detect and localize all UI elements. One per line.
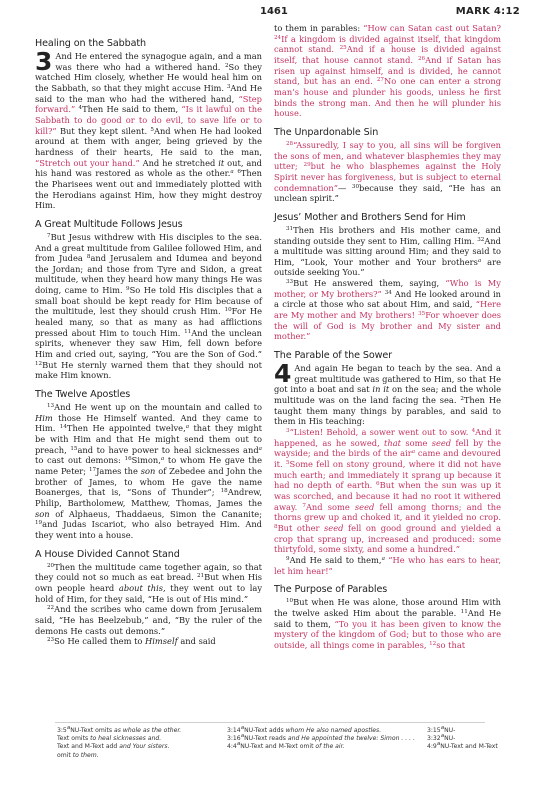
page-number: 1461 xyxy=(260,6,288,17)
footnote-marker[interactable]: a xyxy=(259,446,262,452)
footnote: omit to them. xyxy=(57,752,227,760)
footnote: Text and M-Text add and Your sisters. xyxy=(57,743,227,751)
paragraph: 10But when He was alone, those around Hi… xyxy=(274,597,501,650)
paragraph: 3“Listen! Behold, a sower went out to so… xyxy=(274,427,501,555)
footnote: 4:9aNU-Text and M-Text xyxy=(427,743,487,751)
section-heading: Healing on the Sabbath xyxy=(35,38,262,50)
section-heading: The Purpose of Parables xyxy=(274,584,501,596)
paragraph: 20Then the multitude came together again… xyxy=(35,562,262,605)
footnote: 3:14aNU-Text adds whom He also named apo… xyxy=(227,727,427,735)
paragraph: 7But Jesus withdrew with His disciples t… xyxy=(35,232,262,381)
paragraph: 31Then His brothers and His mother came,… xyxy=(274,225,501,278)
footnote: 3:5aNU-Text omits as whole as the other. xyxy=(57,727,227,735)
section-heading: The Unpardonable Sin xyxy=(274,127,501,139)
section-heading: Jesus’ Mother and Brothers Send for Him xyxy=(274,212,501,224)
footnote-row: omit to them. xyxy=(57,752,497,760)
section-heading: A Great Multitude Follows Jesus xyxy=(35,219,262,231)
section-heading: The Parable of the Sower xyxy=(274,350,501,362)
section-heading: A House Divided Cannot Stand xyxy=(35,549,262,561)
footnote: 4:4aNU-Text and M-Text omit of the air. xyxy=(227,743,427,751)
footnote-row: Text and M-Text add and Your sisters. 4:… xyxy=(57,743,497,751)
right-column: to them in parables: “How can Satan cast… xyxy=(274,22,501,650)
paragraph: 28“Assuredly, I say to you, all sins wil… xyxy=(274,140,501,204)
running-head: MARK 4:12 xyxy=(456,6,520,17)
footnote-marker[interactable]: a xyxy=(230,169,233,175)
paragraph: 23So He called them to Himself and said xyxy=(35,636,262,647)
footnote-row: 3:5aNU-Text omits as whole as the other.… xyxy=(57,727,497,735)
paragraph: 3And He entered the synagogue again, and… xyxy=(35,51,262,211)
footnote: 3:15aNU- xyxy=(427,727,487,735)
paragraph: 22And the scribes who came down from Jer… xyxy=(35,604,262,636)
section-heading: The Twelve Apostles xyxy=(35,389,262,401)
paragraph: 9And He said to them,a “He who has ears … xyxy=(274,555,501,576)
paragraph: 33But He answered them, saying, “Who is … xyxy=(274,278,501,342)
footnotes: 3:5aNU-Text omits as whole as the other.… xyxy=(57,727,497,760)
paragraph: 4And again He began to teach by the sea.… xyxy=(274,363,501,427)
paragraph: to them in parables: “How can Satan cast… xyxy=(274,23,501,119)
paragraph: 13And He went up on the mountain and cal… xyxy=(35,402,262,541)
chapter-number: 3 xyxy=(35,52,52,72)
left-column: Healing on the Sabbath 3And He entered t… xyxy=(35,22,262,647)
chapter-number: 4 xyxy=(274,364,291,384)
footnote-divider xyxy=(55,722,485,723)
